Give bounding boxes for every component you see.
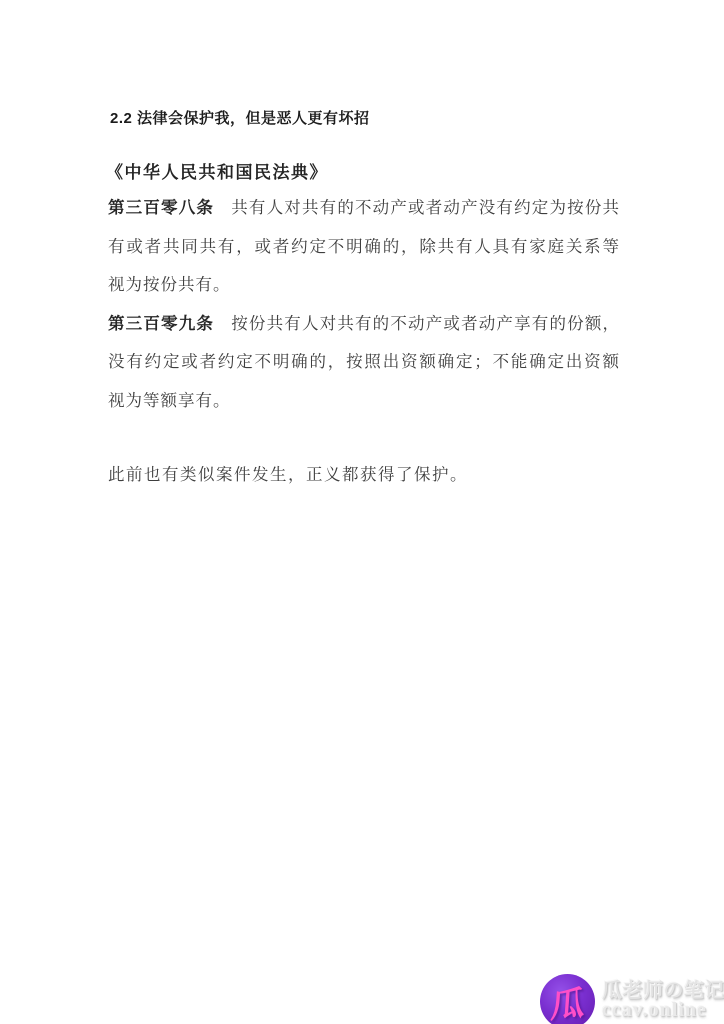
article-309-line-3: 视为等额享有。 bbox=[108, 382, 620, 421]
article-309-line-1: 第三百零九条按份共有人对共有的不动产或者动产享有的份额， bbox=[108, 305, 620, 344]
document-page: 2.2 法律会保护我，但是恶人更有坏招 《中华人民共和国民法典》 第三百零八条共… bbox=[0, 0, 724, 1024]
law-articles: 第三百零八条共有人对共有的不动产或者动产没有约定为按份共 有或者共同共有，或者约… bbox=[108, 189, 620, 420]
article-309-label: 第三百零九条 bbox=[108, 315, 214, 333]
watermark-site-url: ccav.online bbox=[602, 1001, 724, 1020]
article-308-line-2: 有或者共同共有，或者约定不明确的，除共有人具有家庭关系等外， bbox=[108, 228, 620, 267]
watermark-logo-icon: 瓜 bbox=[540, 974, 595, 1024]
section-heading: 2.2 法律会保护我，但是恶人更有坏招 bbox=[110, 107, 370, 128]
article-308-label: 第三百零八条 bbox=[108, 199, 214, 217]
article-308-line-1: 第三百零八条共有人对共有的不动产或者动产没有约定为按份共 bbox=[108, 189, 620, 228]
source-title: 《中华人民共和国民法典》 bbox=[106, 158, 328, 183]
article-309-line-2: 没有约定或者约定不明确的，按照出资额确定；不能确定出资额的， bbox=[108, 343, 620, 382]
watermark-site-name: 瓜老师の笔记 bbox=[602, 981, 724, 1001]
article-308-line-3: 视为按份共有。 bbox=[108, 266, 620, 305]
melon-glyph: 瓜 bbox=[549, 975, 587, 1024]
article-309-text: 按份共有人对共有的不动产或者动产享有的份额， bbox=[231, 315, 620, 333]
watermark: 瓜 瓜老师の笔记 ccav.online bbox=[540, 974, 724, 1024]
article-308-text: 共有人对共有的不动产或者动产没有约定为按份共 bbox=[231, 199, 620, 217]
watermark-text: 瓜老师の笔记 ccav.online bbox=[602, 981, 724, 1020]
closing-remark: 此前也有类似案件发生，正义都获得了保护。 bbox=[108, 461, 468, 485]
